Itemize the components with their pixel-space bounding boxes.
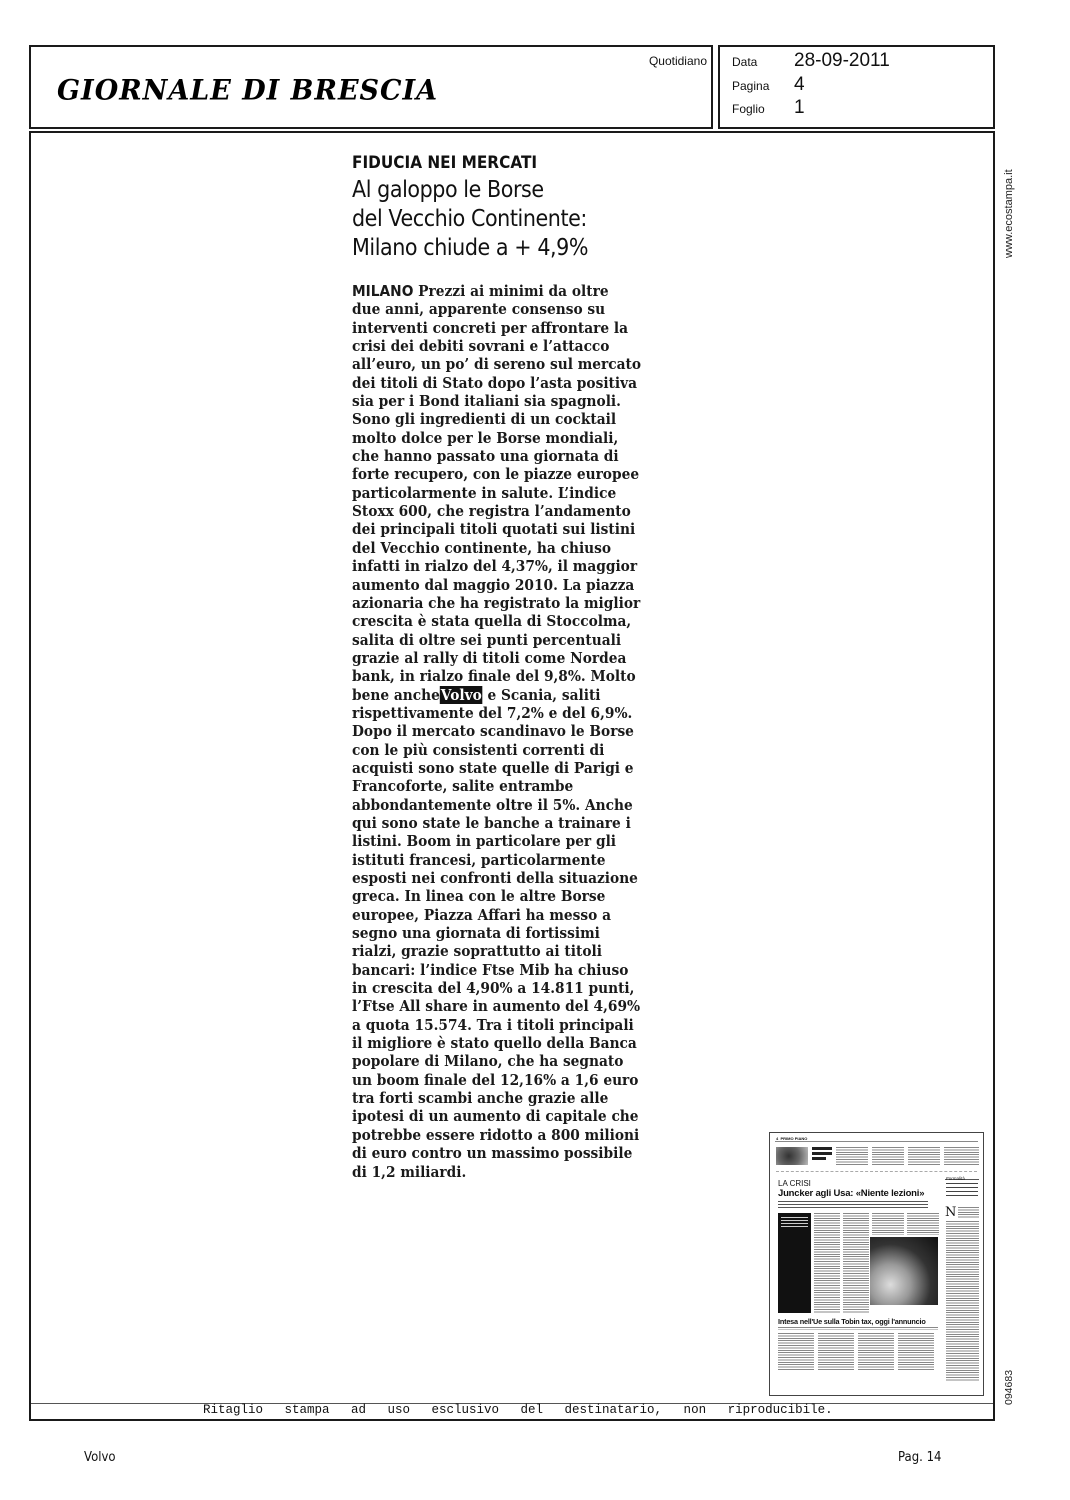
thumbnail-text-column	[946, 1221, 979, 1381]
body-line: europee, Piazza Affari ha messo a	[352, 906, 610, 924]
sheet-row: Foglio 1	[732, 97, 805, 119]
sheet-value: 1	[794, 97, 805, 119]
body-line: esposti nei confronti della situazione	[352, 869, 610, 887]
thumbnail-text-column	[908, 1147, 940, 1165]
body-line: acquisti sono state quelle di Parigi e	[352, 759, 610, 777]
page-row: Pagina 4	[732, 74, 805, 96]
metadata-box: Data 28-09-2011 Pagina 4 Foglio 1	[718, 45, 995, 129]
thumbnail-text-column	[944, 1147, 979, 1165]
body-line: istituti francesi, particolarmente	[352, 851, 610, 869]
body-line: abbondantemente oltre il 5%. Anche	[352, 796, 610, 814]
body-line: rispettivamente del 7,2% e del 6,9%.	[352, 704, 610, 722]
body-line: ipotesi di un aumento di capitale che	[352, 1107, 610, 1125]
body-line: Dopo il mercato scandinavo le Borse	[352, 722, 610, 740]
disclaimer-text: Ritaglio stampa ad uso esclusivo del des…	[31, 1403, 993, 1419]
thumbnail-text-column	[814, 1213, 840, 1313]
sheet-label: Foglio	[732, 102, 794, 116]
page-value: 4	[794, 74, 805, 96]
body-line: di euro contro un massimo possibile	[352, 1144, 610, 1162]
date-label: Data	[732, 55, 794, 69]
body-line: due anni, apparente consenso su	[352, 300, 610, 318]
thumbnail-headline: Juncker agli Usa: «Niente lezioni»	[778, 1188, 924, 1199]
body-line: Stoxx 600, che registra l’andamento	[352, 502, 610, 520]
article-headline: Al galoppo le Borse del Vecchio Continen…	[352, 175, 634, 262]
body-line: grazie al rally di titoli come Nordea	[352, 649, 610, 667]
headline-line: Milano chiude a + 4,9%	[352, 233, 634, 262]
thumbnail-drop-cap: N	[945, 1205, 956, 1220]
thumbnail-text-column	[858, 1333, 894, 1371]
thumbnail-text-column	[778, 1333, 814, 1371]
footer-page-number: Pag. 14	[898, 1450, 941, 1465]
highlighted-keyword: Volvo	[440, 686, 483, 704]
thumbnail-text-column	[872, 1213, 904, 1235]
body-line: dei principali titoli quotati sui listin…	[352, 520, 610, 538]
body-line: Sono gli ingredienti di un cocktail	[352, 410, 610, 428]
thumbnail-photo-small	[776, 1147, 808, 1165]
thumbnail-black-box	[778, 1213, 811, 1313]
body-line: che hanno passato una giornata di	[352, 447, 610, 465]
body-line: Francoforte, salite entrambe	[352, 777, 610, 795]
clipping-code: 094683	[1003, 1370, 1015, 1405]
body-line: un boom finale del 12,16% a 1,6 euro	[352, 1071, 610, 1089]
body-line: di 1,2 miliardi.	[352, 1163, 610, 1181]
body-line: bene ancheVolvo e Scania, saliti	[352, 686, 610, 704]
body-line: aumento dal maggio 2010. La piazza	[352, 576, 610, 594]
footer-keyword: Volvo	[84, 1450, 116, 1465]
body-line: a quota 15.574. Tra i titoli principali	[352, 1016, 610, 1034]
thumbnail-standfirst	[946, 1183, 978, 1197]
body-line: del Vecchio continente, ha chiuso	[352, 539, 610, 557]
thumbnail-photo-large	[870, 1237, 938, 1305]
body-line: in crescita del 4,90% a 14.811 punti,	[352, 979, 610, 997]
dateline: MILANO	[352, 282, 413, 300]
body-line: listini. Boom in particolare per gli	[352, 832, 610, 850]
body-line: azionaria che ha registrato la miglior	[352, 594, 610, 612]
body-line: bancari: l’indice Ftse Mib ha chiuso	[352, 961, 610, 979]
thumbnail-text-column	[843, 1213, 869, 1313]
body-line: crescita è stata quella di Stoccolma,	[352, 612, 610, 630]
body-line: rialzi, grazie soprattutto ai titoli	[352, 942, 610, 960]
body-line: potrebbe essere ridotto a 800 milioni	[352, 1126, 610, 1144]
thumbnail-text-column	[907, 1213, 939, 1235]
body-line: l’Ftse All share in aumento del 4,69%	[352, 997, 610, 1015]
page-thumbnail: 4 PRIMO PIANO LA CRISI Juncker agli Usa:…	[769, 1132, 984, 1396]
frequency-label: Quotidiano	[649, 54, 707, 68]
date-value: 28-09-2011	[794, 50, 890, 72]
thumbnail-text-column	[872, 1147, 904, 1165]
body-line: con le più consistenti correnti di	[352, 741, 610, 759]
body-line: all’euro, un po’ di sereno sul mercato	[352, 355, 610, 373]
body-line: particolarmente in salute. L’indice	[352, 484, 610, 502]
body-line: interventi concreti per affrontare la	[352, 319, 610, 337]
body-line: bank, in rialzo finale del 9,8%. Molto	[352, 667, 610, 685]
headline-line: Al galoppo le Borse	[352, 175, 634, 204]
article-body: MILANO Prezzi ai minimi da oltre due ann…	[352, 282, 637, 1181]
thumbnail-deck	[778, 1327, 938, 1330]
thumbnail-divider	[776, 1171, 977, 1172]
body-line: forte recupero, con le piazze europee	[352, 465, 610, 483]
thumbnail-section: 4 PRIMO PIANO	[776, 1136, 807, 1141]
body-line: greca. In linea con le altre Borse	[352, 887, 610, 905]
body-line: segno una giornata di fortissimi	[352, 924, 610, 942]
thumbnail-second-headline: Intesa nell'Ue sulla Tobin tax, oggi l'a…	[778, 1317, 926, 1326]
body-line: qui sono state le banche a trainare i	[352, 814, 610, 832]
newspaper-title: GIORNALE DI BRESCIA	[57, 74, 438, 107]
thumbnail-column-label: Formalità	[946, 1176, 965, 1181]
masthead-box: GIORNALE DI BRESCIA Quotidiano	[29, 45, 713, 129]
body-line: salita di oltre sei punti percentuali	[352, 631, 610, 649]
body-line: molto dolce per le Borse mondiali,	[352, 429, 610, 447]
body-line: dei titoli di Stato dopo l’asta positiva	[352, 374, 610, 392]
body-line: il migliore è stato quello della Banca	[352, 1034, 610, 1052]
body-line: MILANO Prezzi ai minimi da oltre	[352, 282, 610, 300]
article-kicker: FIDUCIA NEI MERCATI	[352, 153, 537, 173]
thumbnail-text-column	[898, 1333, 934, 1371]
date-row: Data 28-09-2011	[732, 50, 890, 72]
page-label: Pagina	[732, 79, 794, 93]
body-line: tra forti scambi anche grazie alle	[352, 1089, 610, 1107]
thumbnail-text-column	[818, 1333, 854, 1371]
body-line: sia per i Bond italiani sia spagnoli.	[352, 392, 610, 410]
thumbnail-text-column	[958, 1207, 979, 1219]
thumbnail-subheadline	[812, 1147, 832, 1163]
website-label: www.ecostampa.it	[1003, 169, 1015, 258]
thumbnail-deck	[778, 1201, 928, 1209]
body-line: popolare di Milano, che ha segnato	[352, 1052, 610, 1070]
body-line: crisi dei debiti sovrani e l’attacco	[352, 337, 610, 355]
thumbnail-text-column	[836, 1147, 868, 1165]
thumbnail-kicker: LA CRISI	[778, 1179, 811, 1188]
body-line: infatti in rialzo del 4,37%, il maggior	[352, 557, 610, 575]
headline-line: del Vecchio Continente:	[352, 204, 634, 233]
